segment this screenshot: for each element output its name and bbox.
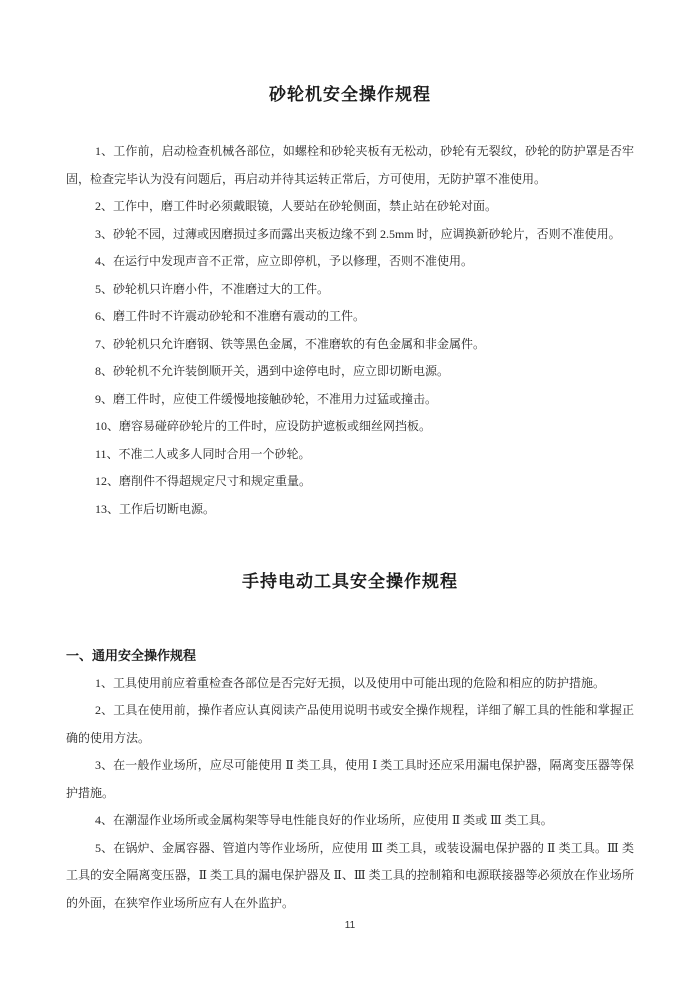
list-item: 1、工作前，启动检查机械各部位，如螺栓和砂轮夹板有无松动，砂轮有无裂纹，砂轮的防… — [66, 138, 634, 193]
list-item: 2、工作中，磨工件时必须戴眼镜，人要站在砂轮侧面，禁止站在砂轮对面。 — [66, 193, 634, 221]
list-item: 11、不准二人或多人同时合用一个砂轮。 — [66, 441, 634, 469]
page-number: 11 — [66, 919, 634, 932]
list-item: 4、在运行中发现声音不正常，应立即停机，予以修理，否则不准使用。 — [66, 248, 634, 276]
list-item: 2、工具在使用前，操作者应认真阅读产品使用说明书或安全操作规程，详细了解工具的性… — [66, 697, 634, 752]
list-item: 1、工具使用前应着重检查各部位是否完好无损，以及使用中可能出现的危险和相应的防护… — [66, 670, 634, 698]
doc1-title: 砂轮机安全操作规程 — [66, 84, 634, 106]
list-item: 7、砂轮机只允许磨钢、铁等黑色金属，不准磨软的有色金属和非金属件。 — [66, 331, 634, 359]
list-item: 12、磨削件不得超规定尺寸和规定重量。 — [66, 468, 634, 496]
doc2-title: 手持电动工具安全操作规程 — [66, 571, 634, 593]
doc2-section: 一、通用安全操作规程 1、工具使用前应着重检查各部位是否完好无损，以及使用中可能… — [66, 642, 634, 917]
list-item: 3、砂轮不园，过薄或因磨损过多而露出夹板边缘不到 2.5mm 时，应调换新砂轮片… — [66, 221, 634, 249]
list-item: 5、砂轮机只许磨小件，不准磨过大的工件。 — [66, 276, 634, 304]
list-item: 4、在潮湿作业场所或金属构架等导电性能良好的作业场所，应使用 Ⅱ 类或 Ⅲ 类工… — [66, 807, 634, 835]
list-item: 9、磨工件时，应使工件缓慢地接触砂轮，不准用力过猛或撞击。 — [66, 386, 634, 414]
doc1-item-list: 1、工作前，启动检查机械各部位，如螺栓和砂轮夹板有无松动，砂轮有无裂纹，砂轮的防… — [66, 138, 634, 523]
document-page: 砂轮机安全操作规程 1、工作前，启动检查机械各部位，如螺栓和砂轮夹板有无松动，砂… — [0, 0, 700, 990]
list-item: 13、工作后切断电源。 — [66, 496, 634, 524]
list-item: 6、磨工件时不许震动砂轮和不准磨有震动的工件。 — [66, 303, 634, 331]
list-item: 5、在锅炉、金属容器、管道内等作业场所，应使用 Ⅲ 类工具，或装设漏电保护器的 … — [66, 835, 634, 918]
list-item: 3、在一般作业场所，应尽可能使用 Ⅱ 类工具，使用 Ⅰ 类工具时还应采用漏电保护… — [66, 752, 634, 807]
section-heading: 一、通用安全操作规程 — [66, 642, 634, 670]
list-item: 10、磨容易碰碎砂轮片的工件时，应设防护遮板或细丝网挡板。 — [66, 413, 634, 441]
list-item: 8、砂轮机不允许装倒顺开关，遇到中途停电时，应立即切断电源。 — [66, 358, 634, 386]
